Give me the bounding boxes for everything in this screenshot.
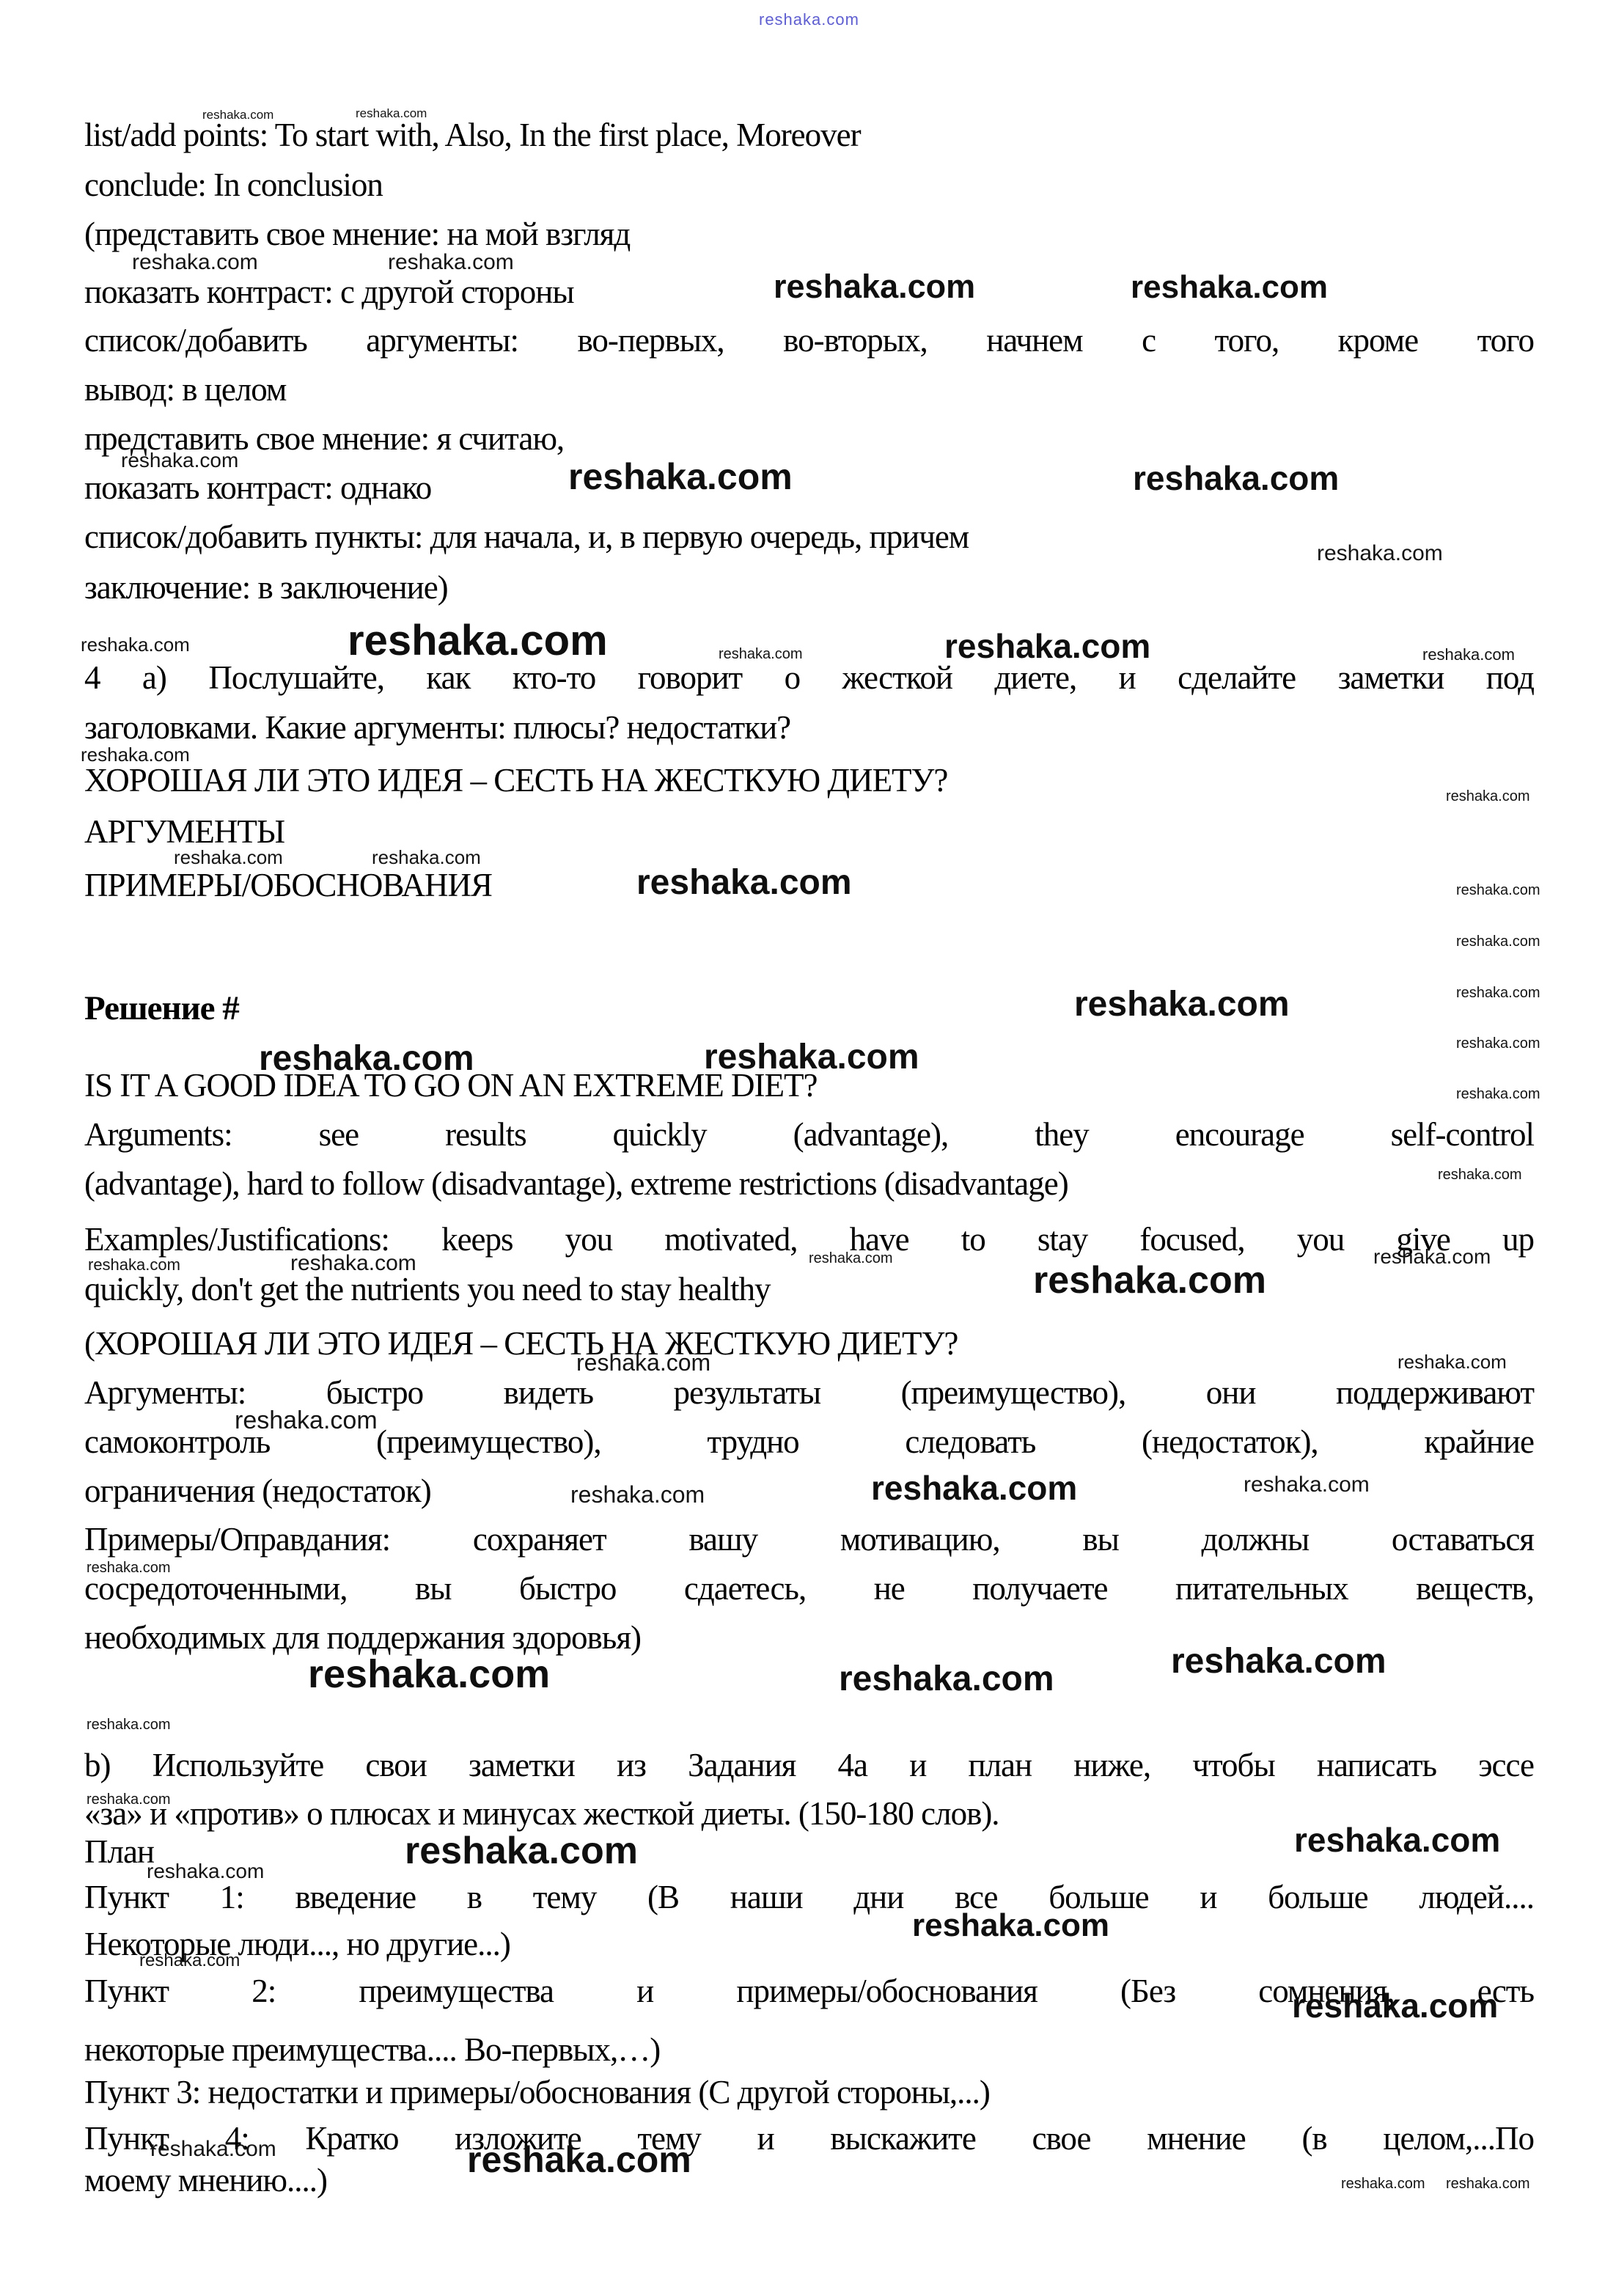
watermark: reshaka.com [1074,987,1290,1022]
watermark: reshaka.com [1456,1036,1540,1051]
watermark: reshaka.com [1446,789,1530,804]
text-line: АРГУМЕНТЫ [84,814,284,850]
text-line: заголовками. Какие аргументы: плюсы? нед… [84,710,790,746]
text-line: ПРИМЕРЫ/ОБОСНОВАНИЯ [84,868,492,903]
text-line: (представить свое мнение: на мой взгляд [84,216,630,252]
text-line: Пункт 3: недостатки и примеры/обосновани… [84,2075,990,2110]
text-line: список/добавить пункты: для начала, и, в… [84,519,969,555]
watermark: reshaka.com [944,629,1150,663]
watermark: reshaka.com [636,865,852,901]
text-line: Решение # [84,990,239,1027]
watermark: reshaka.com [1456,986,1540,1000]
watermark: reshaka.com [388,252,514,274]
text-line: План [84,1834,154,1870]
watermark: reshaka.com [372,848,481,867]
watermark: reshaka.com [259,1041,474,1077]
watermark: reshaka.com [871,1471,1077,1505]
watermark: reshaka.com [467,2141,691,2178]
watermark: reshaka.com [405,1832,638,1870]
watermark: reshaka.com [1341,2176,1425,2191]
text-line: Пункт 4: Кратко изложите тему и выскажит… [84,2121,1534,2157]
watermark: reshaka.com [576,1351,710,1374]
watermark: reshaka.com [150,2138,276,2160]
text-line: list/add points: To start with, Also, In… [84,117,861,153]
watermark: reshaka.com [356,107,427,120]
text-line: 4 а) Послушайте, как кто-то говорит о же… [84,660,1534,696]
watermark: reshaka.com [81,635,190,654]
watermark: reshaka.com [1456,883,1540,898]
text-line: Примеры/Оправдания: сохраняет вашу мотив… [84,1522,1534,1558]
watermark: reshaka.com [121,450,238,471]
watermark: reshaka.com [1438,1167,1522,1182]
text-line: список/добавить аргументы: во-первых, во… [84,323,1534,359]
watermark: reshaka.com [87,1560,171,1575]
watermark: reshaka.com [809,1251,893,1266]
text-line: показать контраст: однако [84,470,431,506]
watermark: reshaka.com [87,1792,171,1807]
watermark: reshaka.com [348,620,608,662]
watermark: reshaka.com [912,1910,1109,1942]
text-line: некоторые преимущества.... Во-первых,…) [84,2032,660,2068]
watermark: reshaka.com [290,1252,416,1274]
watermark: reshaka.com [1422,647,1515,663]
watermark: reshaka.com [774,270,975,303]
watermark: reshaka.com [87,1717,171,1732]
watermark: reshaka.com [88,1257,180,1273]
watermark: reshaka.com [1292,1989,1498,2022]
watermark: reshaka.com [174,848,283,867]
watermark: reshaka.com [1033,1261,1266,1299]
watermark: reshaka.com [1456,934,1540,949]
watermark: reshaka.com [1131,271,1328,304]
text-line: (ХОРОШАЯ ЛИ ЭТО ИДЕЯ – СЕСТЬ НА ЖЕСТКУЮ … [84,1326,958,1362]
watermark: reshaka.com [570,1483,705,1506]
watermark: reshaka.com [839,1662,1054,1697]
watermark: reshaka.com [202,109,273,121]
watermark: reshaka.com [132,252,258,274]
watermark: reshaka.com [308,1654,550,1694]
text-line: quickly, don't get the nutrients you nee… [84,1272,770,1307]
text-line: ограничения (недостаток) [84,1473,431,1509]
watermark: reshaka.com [1317,543,1443,565]
text-line: conclude: In conclusion [84,167,383,203]
text-line: (advantage), hard to follow (disadvantag… [84,1166,1068,1202]
text-line: необходимых для поддержания здоровья) [84,1620,641,1656]
text-line: Аргументы: быстро видеть результаты (пре… [84,1375,1534,1411]
watermark: reshaka.com [235,1408,378,1433]
watermark: reshaka.com [139,1952,240,1970]
text-line: Arguments: see results quickly (advantag… [84,1117,1534,1153]
watermark: reshaka.com [1398,1352,1507,1371]
watermark: reshaka.com [1171,1644,1387,1679]
document-page: reshaka.com list/add points: To start wi… [0,0,1616,2296]
watermark: reshaka.com [1456,1087,1540,1101]
text-line: b) Используйте свои заметки из Задания 4… [84,1747,1534,1783]
watermark: reshaka.com [1244,1474,1370,1496]
watermark: reshaka.com [1294,1823,1500,1857]
text-line: Пункт 1: введение в тему (В наши дни все… [84,1879,1534,1915]
watermark: reshaka.com [568,458,793,495]
text-line: показать контраст: с другой стороны [84,274,574,310]
watermark: reshaka.com [1133,461,1339,495]
text-line: ХОРОШАЯ ЛИ ЭТО ИДЕЯ – СЕСТЬ НА ЖЕСТКУЮ Д… [84,763,947,799]
text-line: сосредоточенными, вы быстро сдаетесь, не… [84,1571,1534,1607]
site-watermark-top: reshaka.com [759,10,859,29]
watermark: reshaka.com [147,1861,264,1882]
text-line: «за» и «против» о плюсах и минусах жестк… [84,1796,999,1832]
watermark: reshaka.com [81,745,190,764]
text-line: вывод: в целом [84,372,286,408]
watermark: reshaka.com [1373,1247,1491,1267]
text-line: моему мнению....) [84,2163,327,2198]
watermark: reshaka.com [704,1040,919,1075]
watermark: reshaka.com [1446,2176,1530,2191]
text-line: заключение: в заключение) [84,570,448,606]
watermark: reshaka.com [719,647,803,661]
